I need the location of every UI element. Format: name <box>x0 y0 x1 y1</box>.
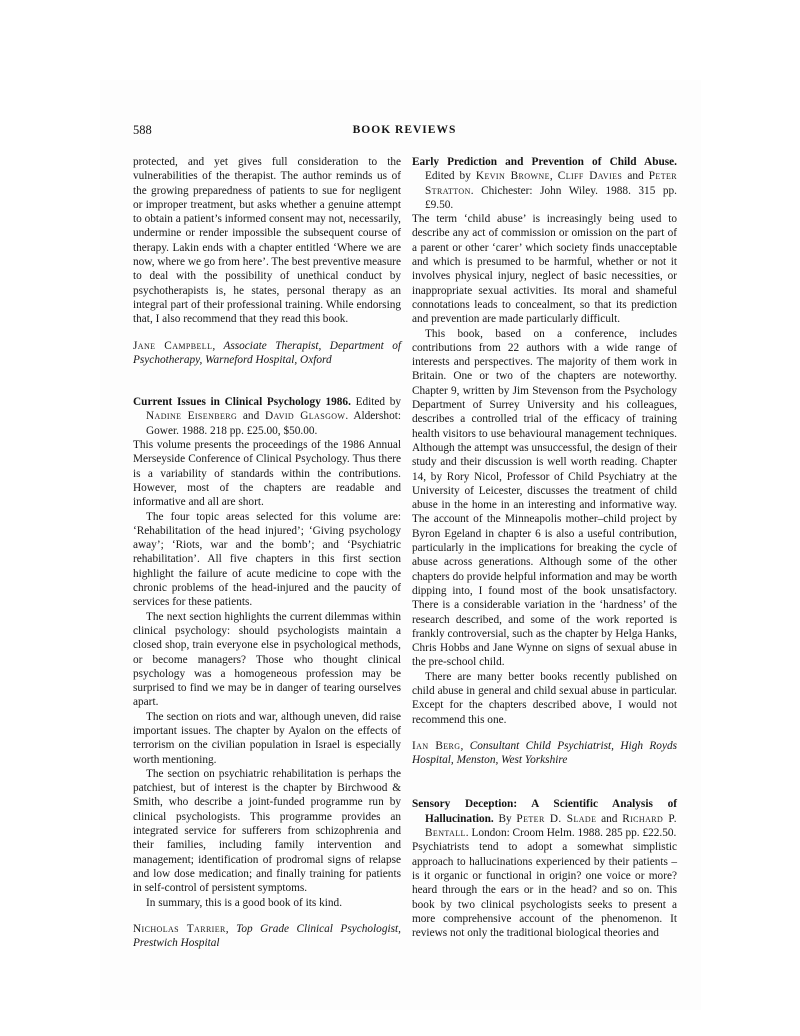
conjunction-text: and <box>596 813 622 825</box>
book-title: Current Issues in Clinical Psychology 19… <box>133 396 351 408</box>
conjunction-text: and <box>622 170 648 182</box>
review-paragraph: The four topic areas selected for this v… <box>133 510 401 610</box>
running-header: BOOK REVIEWS <box>133 124 676 136</box>
review-paragraph: This book, based on a conference, includ… <box>412 327 677 670</box>
review-paragraph: This volume presents the proceedings of … <box>133 438 401 509</box>
reviewer-signature: Ian Berg, Consultant Child Psychiatrist,… <box>412 739 677 768</box>
review-paragraph: The next section highlights the current … <box>133 610 401 710</box>
right-column: Early Prediction and Prevention of Child… <box>412 155 677 940</box>
reviewer-signature: Jane Campbell, Associate Therapist, Depa… <box>133 339 401 368</box>
left-column: protected, and yet gives full considerat… <box>133 155 401 950</box>
by-text: By <box>494 813 517 825</box>
review-paragraph: There are many better books recently pub… <box>412 670 677 727</box>
review-paragraph: The section on riots and war, although u… <box>133 710 401 767</box>
review-paragraph: Psychiatrists tend to adopt a somewhat s… <box>412 840 677 940</box>
reviewer-name: Ian Berg <box>412 740 460 752</box>
review-paragraph: The term ‘child abuse’ is increasingly b… <box>412 212 677 326</box>
book-review-heading: Early Prediction and Prevention of Child… <box>412 155 677 212</box>
edited-by-text: Edited by <box>425 170 476 182</box>
page-header: 588 BOOK REVIEWS <box>133 123 676 141</box>
review-paragraph: In summary, this is a good book of its k… <box>133 896 401 910</box>
reviewer-signature: Nicholas Tarrier, Top Grade Clinical Psy… <box>133 922 401 951</box>
reviewer-name: Jane Campbell <box>133 340 212 352</box>
editor-name: Nadine Eisenberg <box>146 410 237 422</box>
editor-name: Kevin Browne <box>476 170 550 182</box>
reviewer-name: Nicholas Tarrier <box>133 923 226 935</box>
separator-text: , <box>550 170 558 182</box>
book-title: Early Prediction and Prevention of Child… <box>412 156 677 168</box>
journal-page: 588 BOOK REVIEWS protected, and yet give… <box>0 0 800 1036</box>
author-name: Peter D. Slade <box>516 813 596 825</box>
editor-name: Cliff Davies <box>558 170 623 182</box>
review-continuation-paragraph: protected, and yet gives full considerat… <box>133 155 401 327</box>
editor-name: David Glasgow <box>265 410 345 422</box>
edited-by-text: Edited by <box>351 396 401 408</box>
conjunction-text: and <box>237 410 265 422</box>
book-review-heading: Sensory Deception: A Scientific Analysis… <box>412 797 677 840</box>
imprint-text: . London: Croom Helm. 1988. 285 pp. £22.… <box>466 827 677 839</box>
review-paragraph: The section on psychiatric rehabilitatio… <box>133 767 401 896</box>
book-review-heading: Current Issues in Clinical Psychology 19… <box>133 395 401 438</box>
